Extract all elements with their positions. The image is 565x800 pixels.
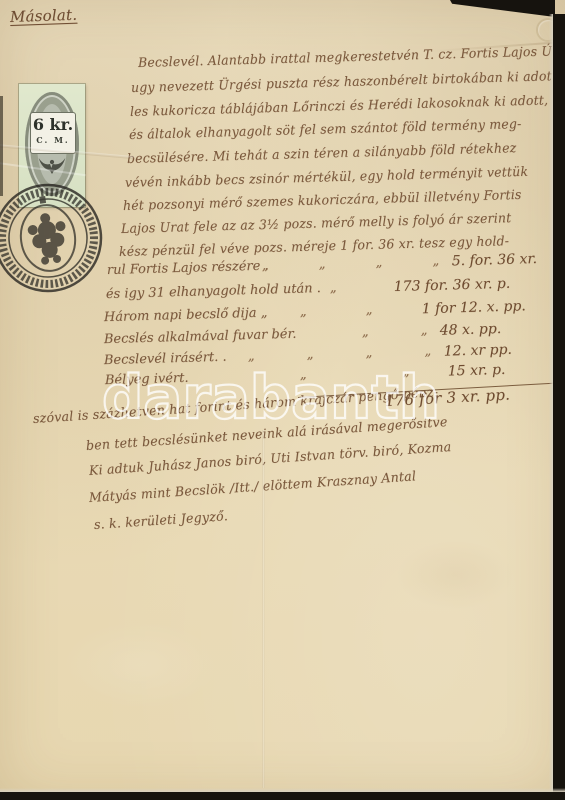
scan-corner (450, 0, 555, 17)
cost-amount: 173 for. 36 xr. p. (394, 276, 511, 295)
watermark-text: darabanth (102, 363, 440, 433)
handwritten-line: és általok elhanyagolt söt fel sem szánt… (129, 117, 522, 143)
cost-amount: 48 x. pp. (440, 321, 502, 339)
cost-label: rul Fortis Lajos részére . (107, 258, 269, 278)
stamp-value: 6 kr. (31, 115, 75, 135)
scan-edge-bottom (0, 792, 565, 800)
cost-label: Három napi becslő dija „ (104, 306, 268, 326)
ditto-marks: „ „ (300, 303, 373, 320)
handwritten-line: les kukoricza táblájában Lőrinczi és Her… (130, 93, 549, 120)
ditto-marks: „ (330, 281, 337, 296)
stamp-currency: C. M. (31, 135, 75, 145)
vertical-fold-line (262, 430, 265, 788)
cost-amount: 15 xr. p. (448, 362, 506, 380)
auction-watermark: darabanth (98, 356, 448, 442)
paper-stain (395, 540, 515, 610)
ditto-marks: „ „ „ „ (262, 254, 440, 274)
copy-heading: Másolat. (10, 6, 78, 26)
scanned-document-view: Másolat. 6 kr. C. M. (0, 0, 565, 800)
cost-amount: 12. xr pp. (444, 342, 513, 360)
paper-stain (60, 620, 220, 710)
scan-edge-right (553, 14, 565, 800)
ditto-marks: „ „ (362, 323, 428, 340)
handwritten-line: becsülésére. Mi tehát a szin téren a sil… (127, 141, 517, 167)
cost-label: és igy 31 elhanyagolt hold után . (106, 281, 321, 302)
document-paper: Másolat. 6 kr. C. M. (0, 0, 565, 800)
cost-amount: 1 for 12. x. pp. (422, 298, 526, 317)
handwritten-line: Lajos Urat fele az az 3½ pozs. mérő mell… (121, 211, 512, 237)
scan-edge-left (0, 96, 3, 196)
cost-amount: 5. for. 36 xr. (452, 251, 538, 269)
cost-label: Becslés alkalmával fuvar bér. (104, 327, 297, 347)
handwritten-line: s. k. kerületi Jegyző. (94, 509, 229, 533)
handwritten-line: hét pozsonyi mérő szemes kukoriczára, eb… (123, 188, 522, 214)
handwritten-line: vévén inkább becs zsinór mértékül, egy h… (125, 165, 529, 191)
handwritten-line: ugy nevezett Ürgési puszta rész haszonbé… (131, 69, 565, 96)
